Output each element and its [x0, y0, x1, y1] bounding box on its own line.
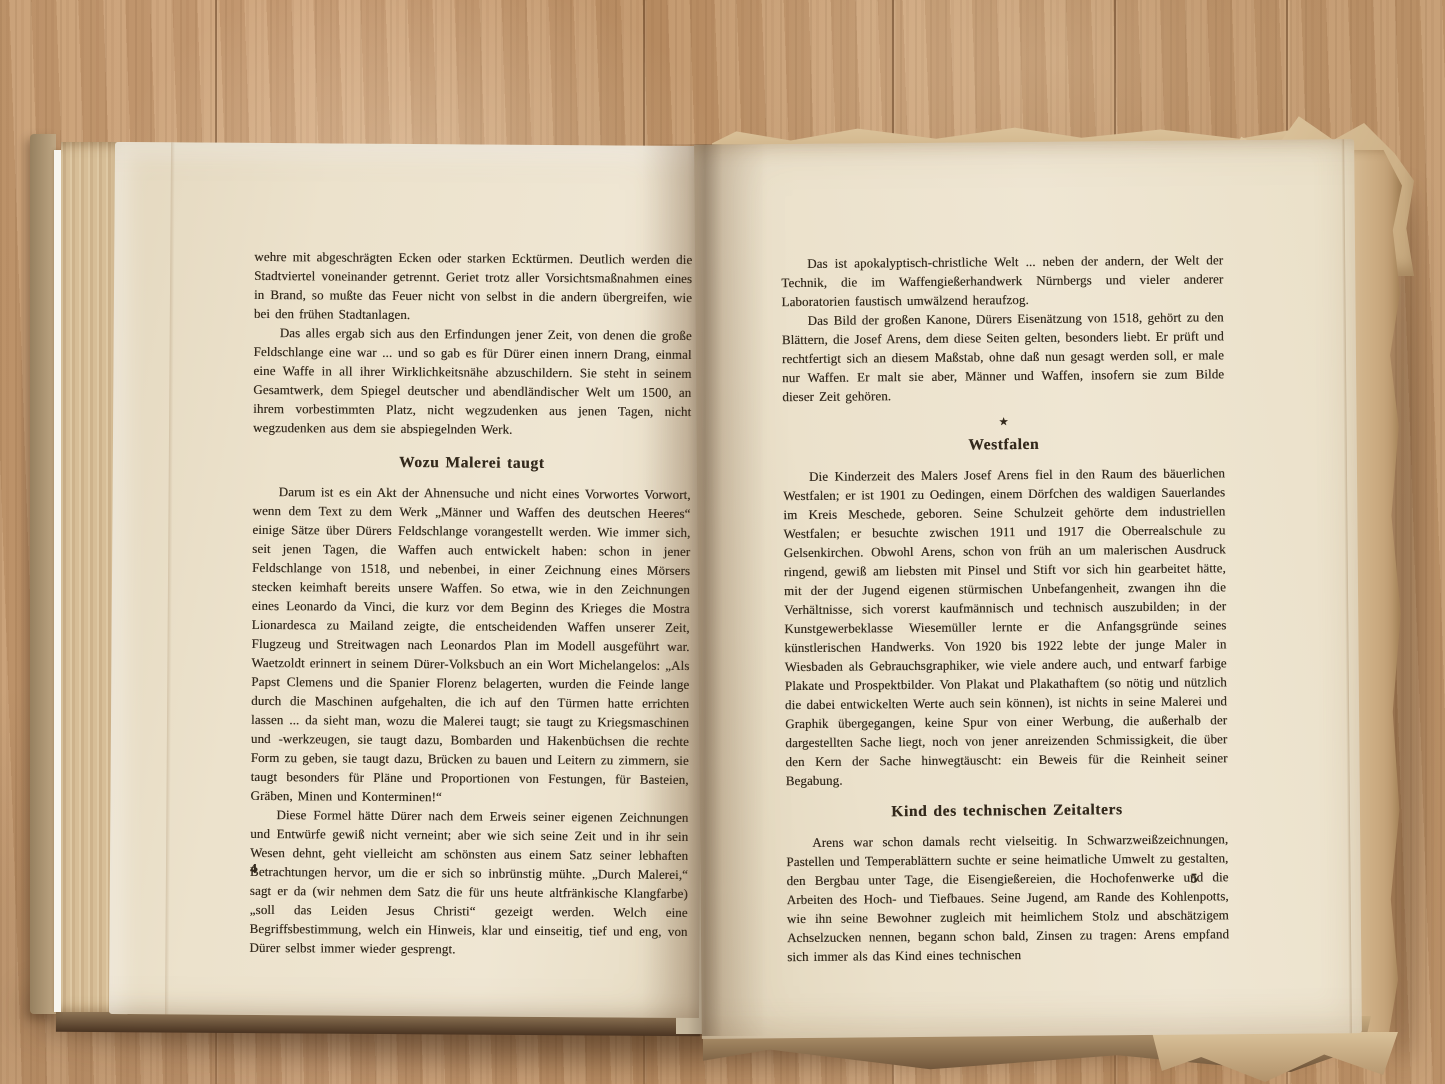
paragraph: Das Bild der großen Kanone, Dürers Eisen…	[782, 307, 1225, 406]
paragraph: Die Kinderzeit des Malers Josef Arens fi…	[783, 463, 1228, 790]
right-page-text: Das ist apokalyptisch-christliche Welt .…	[781, 250, 1229, 966]
paragraph: Arens war schon damals recht vielseitig.…	[786, 829, 1229, 966]
left-page: wehre mit abgeschrägten Ecken oder stark…	[109, 142, 705, 1018]
section-heading-kind-des-technischen-zeitalters: Kind des technischen Zeitalters	[786, 799, 1228, 822]
bookmark-strip	[54, 150, 61, 1012]
paragraph: Das ist apokalyptisch-christliche Welt .…	[781, 250, 1223, 311]
star-separator: ★	[782, 411, 1224, 434]
section-heading-westfalen: Westfalen	[783, 433, 1225, 456]
left-page-text: wehre mit abgeschrägten Ecken oder stark…	[249, 247, 692, 960]
right-page: Das ist apokalyptisch-christliche Welt .…	[694, 139, 1362, 1039]
page-number-right: 5	[1190, 871, 1197, 887]
page-stack-left	[61, 142, 117, 1012]
page-number-left: 4	[250, 861, 257, 877]
paragraph: wehre mit abgeschrägten Ecken oder stark…	[254, 247, 693, 326]
paragraph: Diese Formel hätte Dürer nach dem Erweis…	[249, 805, 688, 960]
book-cover-edge-left	[30, 134, 56, 1014]
paragraph: Darum ist es ein Akt der Ahnensuche und …	[250, 482, 690, 808]
section-heading-wozu-malerei-taugt: Wozu Malerei taugt	[253, 452, 691, 474]
paragraph: Das alles ergab sich aus den Erfindungen…	[253, 323, 692, 440]
book-photo-scene: wehre mit abgeschrägten Ecken oder stark…	[0, 0, 1445, 1084]
